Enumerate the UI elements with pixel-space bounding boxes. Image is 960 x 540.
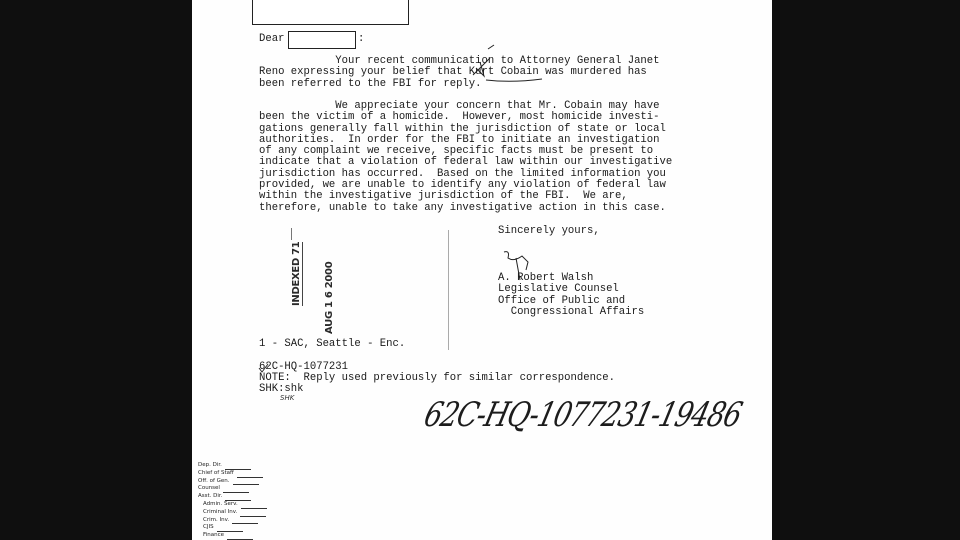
routing-label: Admin. Serv. [203,501,238,509]
routing-label: Finance [203,532,224,540]
routing-item: Dep. Dir. [198,462,267,470]
salutation-colon: : [358,34,364,45]
routing-blank-line [225,494,251,501]
routing-item: CJIS [198,524,267,532]
routing-label: Off. of Gen. [198,478,230,486]
routing-label: CJIS [203,524,214,532]
handwritten-file-number: 62C-HQ-1077231-19486 [420,396,745,435]
routing-list: Dep. Dir.Chief of StaffOff. of Gen.Couns… [198,462,267,540]
scan-mark [291,228,292,240]
routing-label: Asst. Dir. [198,493,222,501]
handwritten-initials: SHK [280,394,294,402]
routing-blank-line [237,471,263,478]
paragraph-referral: Your recent communication to Attorney Ge… [259,56,660,90]
routing-label: Chief of Staff [198,470,234,478]
enclosure-line: 1 - SAC, Seattle - Enc. [259,339,405,350]
redacted-address-box [252,0,409,25]
routing-item: Admin. Serv. [198,501,267,509]
paragraph-jurisdiction: We appreciate your concern that Mr. Coba… [259,101,672,214]
routing-label: Criminal Inv. [203,509,237,517]
indexed-stamp: INDEXED 71 [291,242,303,306]
routing-blank-line [223,486,249,493]
routing-item: Chief of Staff [198,470,267,478]
signature-block: A. Robert Walsh Legislative Counsel Offi… [498,273,644,318]
routing-blank-line [232,517,258,524]
routing-item: Crim. Inv. [198,517,267,525]
redacted-recipient-name [288,31,356,49]
date-stamp: AUG 1 6 2000 [324,262,335,334]
routing-blank-line [225,463,251,470]
routing-blank-line [240,510,266,517]
routing-item: Asst. Dir. [198,493,267,501]
note-line: NOTE: Reply used previously for similar … [259,373,615,384]
salutation: Dear [259,34,284,45]
scan-mark [448,230,449,350]
routing-blank-line [227,533,253,540]
routing-label: Dep. Dir. [198,462,222,470]
routing-item: Finance [198,532,267,540]
document-page: Dear : Your recent communication to Atto… [192,0,772,540]
closing: Sincerely yours, [498,226,600,237]
routing-item: Criminal Inv. [198,509,267,517]
routing-blank-line [217,525,243,532]
routing-blank-line [233,478,259,485]
routing-item: Off. of Gen. [198,478,267,486]
routing-blank-line [241,502,267,509]
routing-label: Crim. Inv. [203,517,229,525]
routing-label: Counsel [198,485,220,493]
routing-item: Counsel [198,485,267,493]
